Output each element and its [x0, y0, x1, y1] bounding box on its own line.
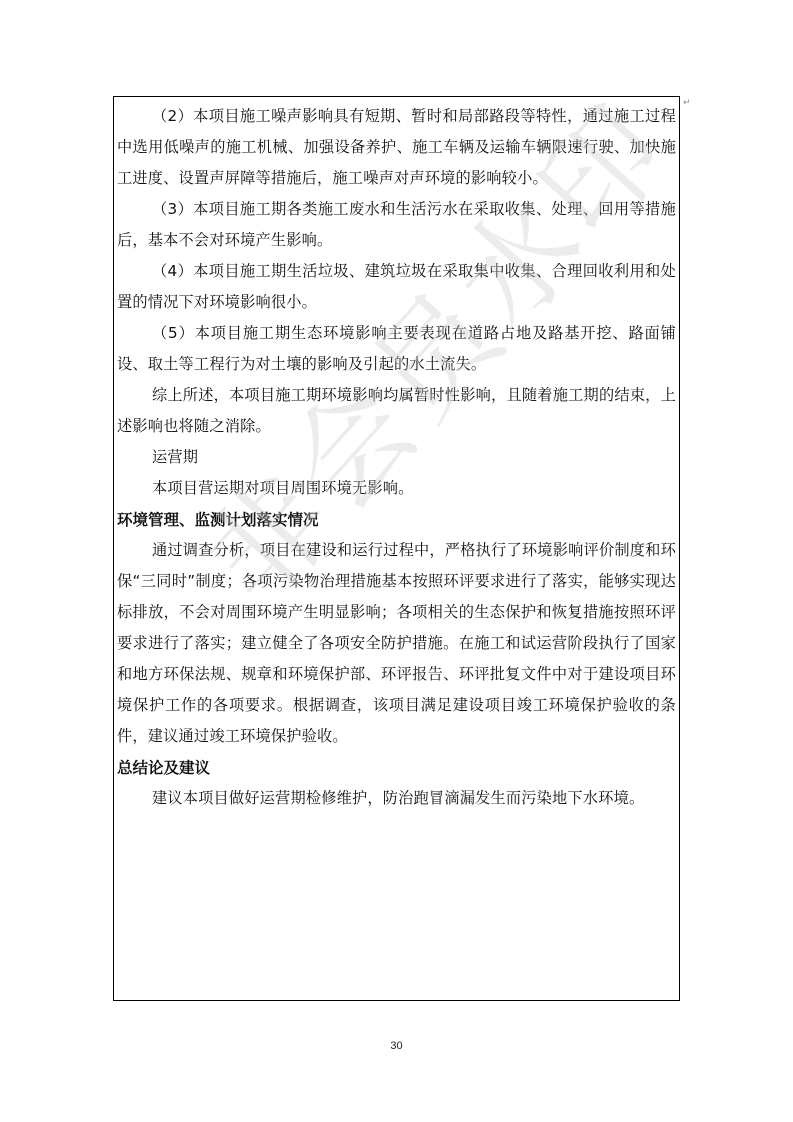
paragraph-recommendation: 建议本项目做好运营期检修维护，防治跑冒滴漏发生而污染地下水环境。	[117, 783, 676, 814]
paragraph-construction-wastewater: （3）本项目施工期各类施工废水和生活污水在采取收集、处理、回用等措施后，基本不会…	[117, 194, 676, 256]
paragraph-construction-ecology: （5）本项目施工期生态环境影响主要表现在道路占地及路基开挖、路面铺设、取土等工程…	[117, 318, 676, 380]
heading-environmental-management: 环境管理、监测计划落实情况	[117, 504, 676, 535]
page-number: 30	[0, 1040, 793, 1052]
content-table-cell: （2）本项目施工噪声影响具有短期、暂时和局部路段等特性，通过施工过程中选用低噪声…	[113, 96, 680, 1001]
paragraph-construction-summary: 综上所述，本项目施工期环境影响均属暂时性影响，且随着施工期的结束，上述影响也将随…	[117, 380, 676, 442]
heading-conclusion: 总结论及建议	[117, 752, 676, 783]
paragraph-mark-icon: ↵	[683, 98, 691, 108]
subheading-operation-period: 运营期	[117, 442, 676, 473]
paragraph-operation-impact: 本项目营运期对项目周围环境无影响。	[117, 473, 676, 504]
paragraph-construction-waste: （4）本项目施工期生活垃圾、建筑垃圾在采取集中收集、合理回收利用和处置的情况下对…	[117, 256, 676, 318]
paragraph-management-findings: 通过调查分析，项目在建设和运行过程中，严格执行了环境影响评价制度和环保“三同时”…	[117, 535, 676, 752]
paragraph-construction-noise: （2）本项目施工噪声影响具有短期、暂时和局部路段等特性，通过施工过程中选用低噪声…	[117, 101, 676, 194]
